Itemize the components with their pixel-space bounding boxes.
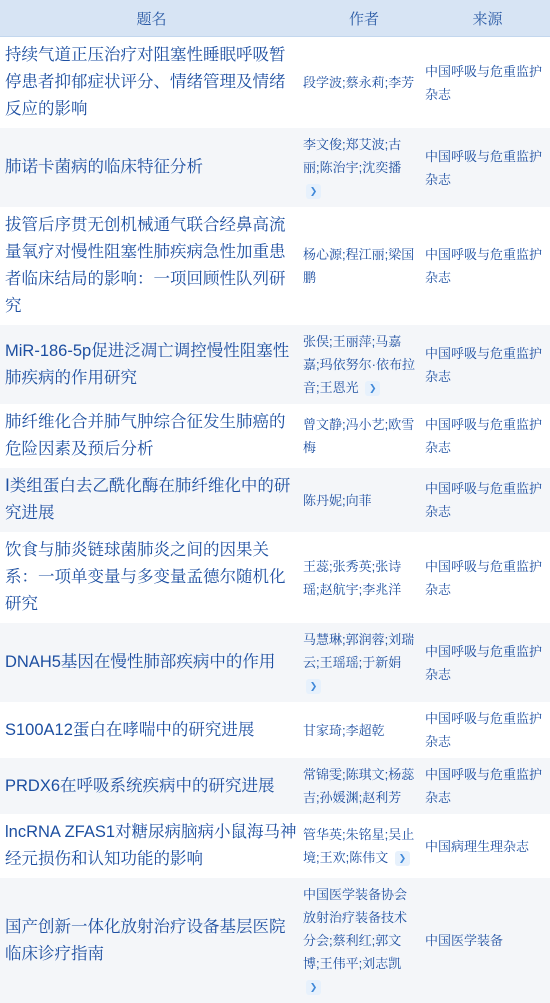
table-row[interactable]: MiR-186-5p促进泛凋亡调控慢性阻塞性肺疾病的作用研究 张俣;王丽萍;马嘉…: [0, 325, 550, 404]
article-source: 中国呼吸与危重监护杂志: [425, 763, 550, 809]
column-header-authors: 作者: [303, 8, 425, 29]
chevron-right-icon[interactable]: ❯: [306, 184, 321, 199]
table-body: 持续气道正压治疗对阻塞性睡眠呼吸暂停患者抑郁症状评分、情绪管理及情绪反应的影响 …: [0, 37, 550, 1003]
article-title[interactable]: Ⅰ类组蛋白去乙酰化酶在肺纤维化中的研究进展: [0, 473, 303, 527]
article-title[interactable]: S100A12蛋白在哮喘中的研究进展: [0, 717, 303, 744]
article-authors: 张俣;王丽萍;马嘉嘉;玛依努尔·依布拉音;王恩光 ❯: [303, 330, 425, 399]
article-authors: 王蕊;张秀英;张诗瑶;赵航宇;李兆洋: [303, 555, 425, 601]
article-source: 中国呼吸与危重监护杂志: [425, 640, 550, 686]
chevron-right-icon[interactable]: ❯: [306, 980, 321, 995]
column-header-title: 题名: [0, 8, 303, 29]
article-authors: 中国医学装备协会放射治疗装备技术分会;蔡利红;郭文博;王伟平;刘志凯 ❯: [303, 883, 425, 998]
article-list-table: 题名 作者 来源 持续气道正压治疗对阻塞性睡眠呼吸暂停患者抑郁症状评分、情绪管理…: [0, 0, 550, 1003]
article-source: 中国呼吸与危重监护杂志: [425, 413, 550, 459]
chevron-right-icon[interactable]: ❯: [395, 851, 410, 866]
article-authors: 段学波;蔡永莉;李芳: [303, 71, 425, 94]
article-authors: 管华英;朱铭星;吴止境;王欢;陈伟文 ❯: [303, 823, 425, 869]
table-row[interactable]: S100A12蛋白在哮喘中的研究进展 甘家琦;李超乾 中国呼吸与危重监护杂志: [0, 702, 550, 758]
table-row[interactable]: DNAH5基因在慢性肺部疾病中的作用 马慧琳;郭润蓉;刘瑞云;王瑶瑶;于新娟 ❯…: [0, 623, 550, 702]
article-authors: 陈丹妮;向菲: [303, 489, 425, 512]
table-row[interactable]: 持续气道正压治疗对阻塞性睡眠呼吸暂停患者抑郁症状评分、情绪管理及情绪反应的影响 …: [0, 37, 550, 128]
table-row[interactable]: lncRNA ZFAS1对糖尿病脑病小鼠海马神经元损伤和认知功能的影响 管华英;…: [0, 814, 550, 878]
table-row[interactable]: 肺纤维化合并肺气肿综合征发生肺癌的危险因素及预后分析 曾文静;冯小艺;欧雪梅 中…: [0, 404, 550, 468]
table-row[interactable]: 肺诺卡菌病的临床特征分析 李文俊;郑艾波;古丽;陈治宇;沈奕播 ❯ 中国呼吸与危…: [0, 128, 550, 207]
table-row[interactable]: Ⅰ类组蛋白去乙酰化酶在肺纤维化中的研究进展 陈丹妮;向菲 中国呼吸与危重监护杂志: [0, 468, 550, 532]
table-row[interactable]: 饮食与肺炎链球菌肺炎之间的因果关系：一项单变量与多变量孟德尔随机化研究 王蕊;张…: [0, 532, 550, 623]
article-title[interactable]: lncRNA ZFAS1对糖尿病脑病小鼠海马神经元损伤和认知功能的影响: [0, 819, 303, 873]
article-title[interactable]: 饮食与肺炎链球菌肺炎之间的因果关系：一项单变量与多变量孟德尔随机化研究: [0, 537, 303, 618]
article-authors: 杨心源;程江丽;梁国鹏: [303, 243, 425, 289]
article-title[interactable]: 肺纤维化合并肺气肿综合征发生肺癌的危险因素及预后分析: [0, 409, 303, 463]
article-title[interactable]: 拔管后序贯无创机械通气联合经鼻高流量氧疗对慢性阻塞性肺疾病急性加重患者临床结局的…: [0, 212, 303, 320]
article-authors: 常锦雯;陈琪文;杨蕊吉;孙媛渊;赵利芳: [303, 763, 425, 809]
chevron-right-icon[interactable]: ❯: [306, 679, 321, 694]
article-authors: 甘家琦;李超乾: [303, 719, 425, 742]
article-source: 中国呼吸与危重监护杂志: [425, 555, 550, 601]
table-row[interactable]: 拔管后序贯无创机械通气联合经鼻高流量氧疗对慢性阻塞性肺疾病急性加重患者临床结局的…: [0, 207, 550, 325]
article-source: 中国呼吸与危重监护杂志: [425, 145, 550, 191]
article-authors: 马慧琳;郭润蓉;刘瑞云;王瑶瑶;于新娟 ❯: [303, 628, 425, 697]
article-title[interactable]: 国产创新一体化放射治疗设备基层医院临床诊疗指南: [0, 914, 303, 968]
article-authors: 李文俊;郑艾波;古丽;陈治宇;沈奕播 ❯: [303, 133, 425, 202]
article-source: 中国呼吸与危重监护杂志: [425, 342, 550, 388]
chevron-right-icon[interactable]: ❯: [365, 381, 380, 396]
article-authors: 曾文静;冯小艺;欧雪梅: [303, 413, 425, 459]
column-header-source: 来源: [425, 8, 550, 29]
article-title[interactable]: PRDX6在呼吸系统疾病中的研究进展: [0, 773, 303, 800]
article-title[interactable]: DNAH5基因在慢性肺部疾病中的作用: [0, 649, 303, 676]
article-source: 中国呼吸与危重监护杂志: [425, 477, 550, 523]
article-title[interactable]: MiR-186-5p促进泛凋亡调控慢性阻塞性肺疾病的作用研究: [0, 338, 303, 392]
article-source: 中国呼吸与危重监护杂志: [425, 60, 550, 106]
article-source: 中国病理生理杂志: [425, 835, 550, 858]
article-title[interactable]: 肺诺卡菌病的临床特征分析: [0, 154, 303, 181]
table-row[interactable]: PRDX6在呼吸系统疾病中的研究进展 常锦雯;陈琪文;杨蕊吉;孙媛渊;赵利芳 中…: [0, 758, 550, 814]
table-header: 题名 作者 来源: [0, 0, 550, 37]
article-source: 中国呼吸与危重监护杂志: [425, 707, 550, 753]
table-row[interactable]: 国产创新一体化放射治疗设备基层医院临床诊疗指南 中国医学装备协会放射治疗装备技术…: [0, 878, 550, 1003]
article-source: 中国医学装备: [425, 929, 550, 952]
article-title[interactable]: 持续气道正压治疗对阻塞性睡眠呼吸暂停患者抑郁症状评分、情绪管理及情绪反应的影响: [0, 42, 303, 123]
article-source: 中国呼吸与危重监护杂志: [425, 243, 550, 289]
